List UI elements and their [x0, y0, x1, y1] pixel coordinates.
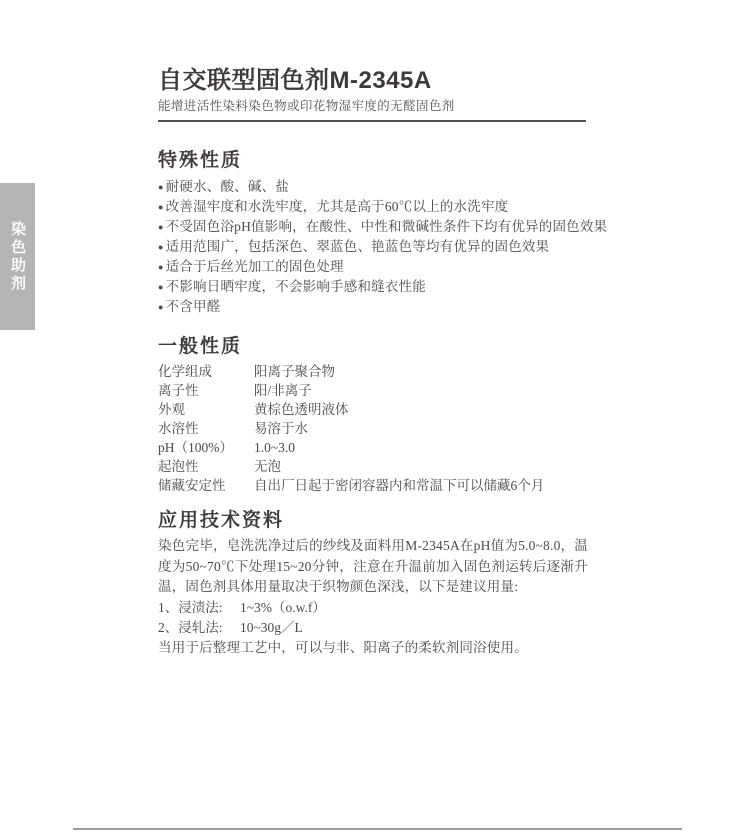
- bullet-icon: ●: [158, 238, 164, 257]
- property-value: 易溶于水: [254, 419, 588, 438]
- property-label: 化学组成: [158, 362, 254, 381]
- application-paragraph: 染色完毕，皂洗洗净过后的纱线及面料用M-2345A在pH值为5.0~8.0，温度…: [158, 536, 588, 598]
- list-item: ●适合于后丝光加工的固色处理: [158, 257, 588, 277]
- closing-note: 当用于后整理工艺中，可以与非、阳离子的柔软剂同浴使用。: [158, 638, 588, 658]
- table-row: 化学组成 阳离子聚合物: [158, 362, 588, 381]
- list-item: ●不受固色浴pH值影响，在酸性、中性和微碱性条件下均有优异的固色效果: [158, 217, 588, 237]
- list-item: ●耐硬水、酸、碱、盐: [158, 177, 588, 197]
- list-item-text: 不受固色浴pH值影响，在酸性、中性和微碱性条件下均有优异的固色效果: [166, 219, 608, 234]
- section-heading-application-info: 应用技术资料: [158, 509, 588, 533]
- list-item-text: 耐硬水、酸、碱、盐: [166, 179, 289, 194]
- category-tab-label: 染色助剂: [7, 221, 28, 293]
- dosage-method-label: 1、浸渍法:: [158, 598, 240, 618]
- bullet-icon: ●: [158, 218, 164, 237]
- general-properties-table: 化学组成 阳离子聚合物 离子性 阳/非离子 外观 黄棕色透明液体 水溶性 易溶于…: [158, 362, 588, 495]
- list-item: ●改善湿牢度和水洗牢度，尤其是高于60℃以上的水洗牢度: [158, 197, 588, 217]
- property-label: 储藏安定性: [158, 476, 254, 495]
- title-divider: [158, 120, 586, 122]
- page-title: 自交联型固色剂M-2345A: [158, 68, 588, 93]
- bullet-icon: ●: [158, 298, 164, 317]
- property-value: 阳离子聚合物: [254, 362, 588, 381]
- table-row: 外观 黄棕色透明液体: [158, 400, 588, 419]
- dosage-method-label: 2、浸轧法:: [158, 618, 240, 638]
- property-label: 外观: [158, 400, 254, 419]
- section-heading-special-properties: 特殊性质: [158, 149, 588, 173]
- footer-divider: [73, 828, 682, 830]
- list-item-text: 适用范围广，包括深色、翠蓝色、艳蓝色等均有优异的固色效果: [166, 239, 550, 254]
- bullet-icon: ●: [158, 258, 164, 277]
- document-content: 自交联型固色剂M-2345A 能增进活性染料染色物或印花物湿牢度的无醛固色剂 特…: [158, 0, 588, 658]
- property-value: 自出厂日起于密闭容器内和常温下可以储藏6个月: [254, 476, 588, 495]
- dosage-list: 1、浸渍法: 1~3%（o.w.f） 2、浸轧法: 10~30g／L: [158, 598, 588, 638]
- category-tab: 染色助剂: [0, 183, 35, 330]
- bullet-icon: ●: [158, 178, 164, 197]
- table-row: pH（100%） 1.0~3.0: [158, 438, 588, 457]
- list-item: ●适用范围广，包括深色、翠蓝色、艳蓝色等均有优异的固色效果: [158, 237, 588, 257]
- special-properties-list: ●耐硬水、酸、碱、盐 ●改善湿牢度和水洗牢度，尤其是高于60℃以上的水洗牢度 ●…: [158, 177, 588, 317]
- section-heading-general-properties: 一般性质: [158, 335, 588, 359]
- list-item: ●不含甲醛: [158, 297, 588, 317]
- property-value: 阳/非离子: [254, 381, 588, 400]
- dosage-amount-value: 1~3%（o.w.f）: [240, 598, 326, 618]
- table-row: 储藏安定性 自出厂日起于密闭容器内和常温下可以储藏6个月: [158, 476, 588, 495]
- datasheet-page: 染色助剂 自交联型固色剂M-2345A 能增进活性染料染色物或印花物湿牢度的无醛…: [0, 0, 741, 835]
- page-subtitle: 能增进活性染料染色物或印花物湿牢度的无醛固色剂: [158, 99, 588, 113]
- table-row: 起泡性 无泡: [158, 457, 588, 476]
- list-item-text: 不影响日晒牢度，不会影响手感和缝衣性能: [166, 279, 426, 294]
- dosage-amount-value: 10~30g／L: [240, 618, 303, 638]
- list-item-text: 适合于后丝光加工的固色处理: [166, 259, 344, 274]
- dosage-row: 1、浸渍法: 1~3%（o.w.f）: [158, 598, 588, 618]
- table-row: 水溶性 易溶于水: [158, 419, 588, 438]
- dosage-row: 2、浸轧法: 10~30g／L: [158, 618, 588, 638]
- property-label: 离子性: [158, 381, 254, 400]
- property-value: 1.0~3.0: [254, 438, 588, 457]
- list-item-text: 改善湿牢度和水洗牢度，尤其是高于60℃以上的水洗牢度: [166, 199, 509, 214]
- bullet-icon: ●: [158, 278, 164, 297]
- property-value: 无泡: [254, 457, 588, 476]
- property-value: 黄棕色透明液体: [254, 400, 588, 419]
- list-item-text: 不含甲醛: [166, 299, 221, 314]
- list-item: ●不影响日晒牢度，不会影响手感和缝衣性能: [158, 277, 588, 297]
- property-label: 水溶性: [158, 419, 254, 438]
- property-label: 起泡性: [158, 457, 254, 476]
- table-row: 离子性 阳/非离子: [158, 381, 588, 400]
- property-label: pH（100%）: [158, 438, 254, 457]
- bullet-icon: ●: [158, 198, 164, 217]
